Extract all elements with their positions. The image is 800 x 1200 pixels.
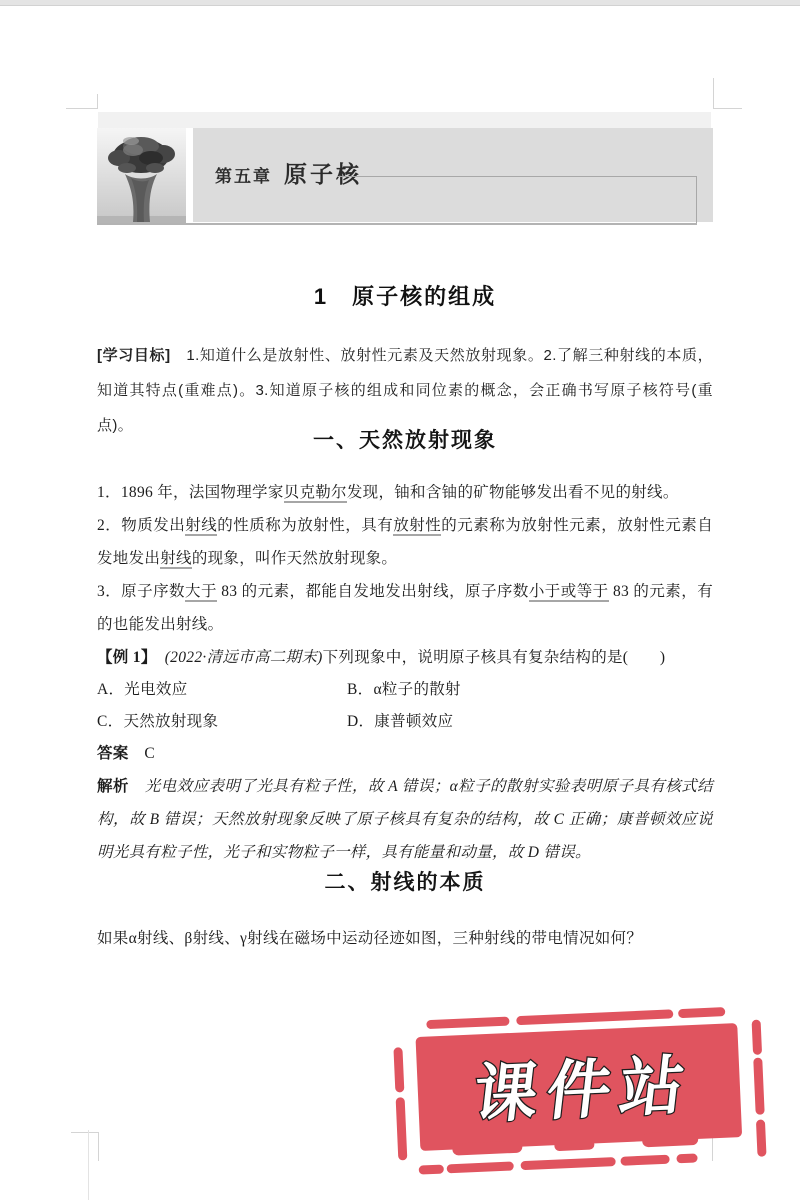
mushroom-cloud-photo <box>97 128 186 223</box>
example1-question: 【例 1】 (2022·清远市高二期末)下列现象中，说明原子核具有复杂结构的是(… <box>97 641 713 674</box>
chapter-number-label: 第五章 <box>215 162 272 187</box>
section2-intro: 如果α射线、β射线、γ射线在磁场中运动径迹如图，三种射线的带电情况如何？ <box>97 922 713 955</box>
chapter-box-top-line <box>337 176 696 177</box>
margin-corner-mark-top-left <box>66 94 98 109</box>
margin-corner-mark-top-right <box>713 78 742 109</box>
mushroom-cloud-illustration <box>97 128 186 223</box>
chapter-header-top-strip <box>98 112 711 128</box>
lesson-title: 1 原子核的组成 <box>97 280 713 311</box>
page-top-edge <box>0 0 800 6</box>
chapter-box-right-line <box>696 176 697 224</box>
stamp-graphic: 课件站 <box>387 1000 774 1182</box>
option-c: C．天然放射现象 <box>97 706 347 738</box>
section2-heading: 二、射线的本质 <box>97 866 713 896</box>
example1-answer: 答案 C <box>97 737 713 770</box>
chapter-bottom-rule <box>97 223 697 225</box>
margin-corner-mark-bottom-left <box>71 1132 99 1161</box>
example1-options: A．光电效应 B．α粒子的散射 C．天然放射现象 D．康普顿效应 <box>97 674 713 737</box>
knowledge-point-3: 3．原子序数大于 83 的元素，都能自发地发出射线，原子序数小于或等于 83 的… <box>97 575 713 641</box>
section1-heading: 一、天然放射现象 <box>97 424 713 454</box>
page-edge-line <box>88 1130 89 1200</box>
knowledge-point-2: 2．物质发出射线的性质称为放射性，具有放射性的元素称为放射性元素，放射性元素自发… <box>97 509 713 575</box>
kejianzhan-watermark-stamp: 课件站 <box>387 1000 774 1182</box>
chapter-title-text: 原子核 <box>284 156 362 189</box>
document-page: 第五章 原子核 1 原子核的组成 [学习目标] 1.知道什么是放射性、放射性元素… <box>0 0 800 1200</box>
knowledge-point-1: 1．1896 年，法国物理学家贝克勒尔发现，铀和含铀的矿物能够发出看不见的射线。 <box>97 476 713 509</box>
section1-content: 1．1896 年，法国物理学家贝克勒尔发现，铀和含铀的矿物能够发出看不见的射线。… <box>97 476 713 869</box>
chapter-title-row: 第五章 原子核 <box>215 156 362 189</box>
option-b: B．α粒子的散射 <box>347 674 713 706</box>
stamp-text: 课件站 <box>470 1049 697 1131</box>
option-d: D．康普顿效应 <box>347 706 713 738</box>
option-a: A．光电效应 <box>97 674 347 706</box>
example1-analysis: 解析 光电效应表明了光具有粒子性，故 A 错误；α粒子的散射实验表明原子具有核式… <box>97 770 713 869</box>
